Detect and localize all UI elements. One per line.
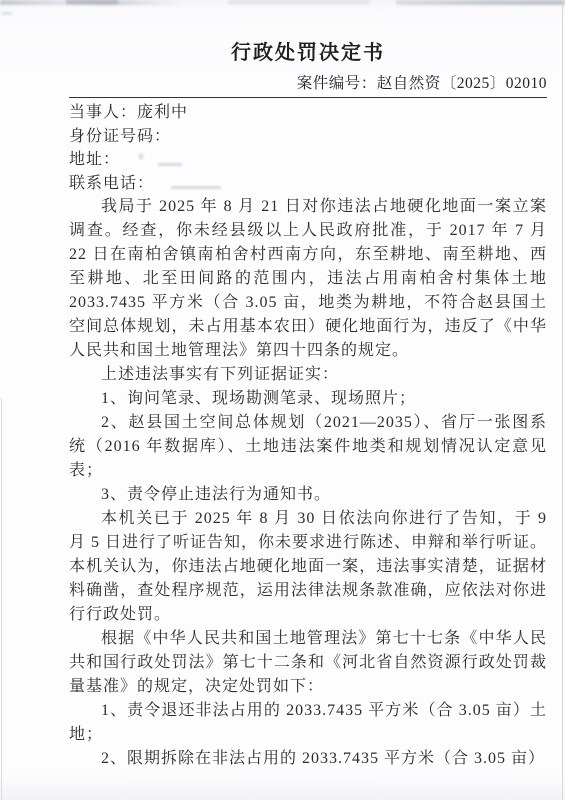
penalty-item-1: 1、责令退还非法占用的 2033.7435 平方米（合 3.05 亩）土地；: [69, 699, 547, 747]
penalty-item-2: 2、限期拆除在非法占用的 2033.7435 平方米（合 3.05 亩）: [69, 747, 547, 771]
scan-edge-line-right: [562, 0, 563, 800]
paper-background: 行政处罚决定书 案件编号：赵自然资〔2025〕02010 当事人：庞利中 身份证…: [0, 0, 565, 800]
facts-paragraph: 我局于 2025 年 8 月 21 日对你违法占地硬化地面一案立案调查。经查，你…: [69, 195, 547, 363]
redaction-smudge: [171, 186, 221, 189]
evidence-item-2: 2、赵县国土空间总体规划（2021—2035）、省厅一张图系统（2016 年数据…: [69, 411, 547, 483]
evidence-intro-paragraph: 上述违法事实有下列证据证实：: [69, 363, 547, 387]
scan-artifact-left-dot: [2, 12, 12, 15]
party-phone-line: 联系电话：: [69, 172, 547, 196]
party-address-line: 地址：: [69, 148, 547, 172]
evidence-item-1: 1、询问笔录、现场勘测笔录、现场照片；: [69, 387, 547, 411]
party-address-label: 地址：: [69, 151, 120, 168]
redaction-smudge: [139, 154, 143, 159]
scan-artifact-top-right: [396, 0, 565, 5]
legal-basis-paragraph: 根据《中华人民共和国土地管理法》第七十七条《中华人民共和国行政处罚法》第七十二条…: [69, 627, 547, 699]
scan-edge-line-left: [1, 398, 2, 800]
party-info-block: 当事人：庞利中 身份证号码： 地址： 联系电话：: [69, 101, 547, 195]
scanned-document-page: { "document": { "title": "行政处罚决定书", "cas…: [0, 0, 565, 800]
scan-artifact-top-middle: [228, 0, 370, 4]
scan-artifact-top-left: [0, 0, 186, 5]
document-body: 行政处罚决定书 案件编号：赵自然资〔2025〕02010 当事人：庞利中 身份证…: [69, 34, 547, 771]
case-number-line: 案件编号：赵自然资〔2025〕02010: [69, 74, 547, 98]
scan-artifact-top-left-dark: [66, 0, 118, 4]
document-title: 行政处罚决定书: [69, 38, 547, 68]
scan-bottom-shade: [0, 774, 565, 800]
notification-paragraph: 本机关已于 2025 年 8 月 30 日依法向你进行了告知，于 9 月 5 日…: [69, 507, 547, 627]
party-id-line: 身份证号码：: [69, 125, 547, 149]
party-name-line: 当事人：庞利中: [69, 101, 547, 125]
redaction-smudge: [158, 163, 182, 166]
party-phone-label: 联系电话：: [69, 175, 154, 192]
evidence-item-3: 3、责令停止违法行为通知书。: [69, 483, 547, 507]
decision-text-block: 我局于 2025 年 8 月 21 日对你违法占地硬化地面一案立案调查。经查，你…: [69, 195, 547, 771]
